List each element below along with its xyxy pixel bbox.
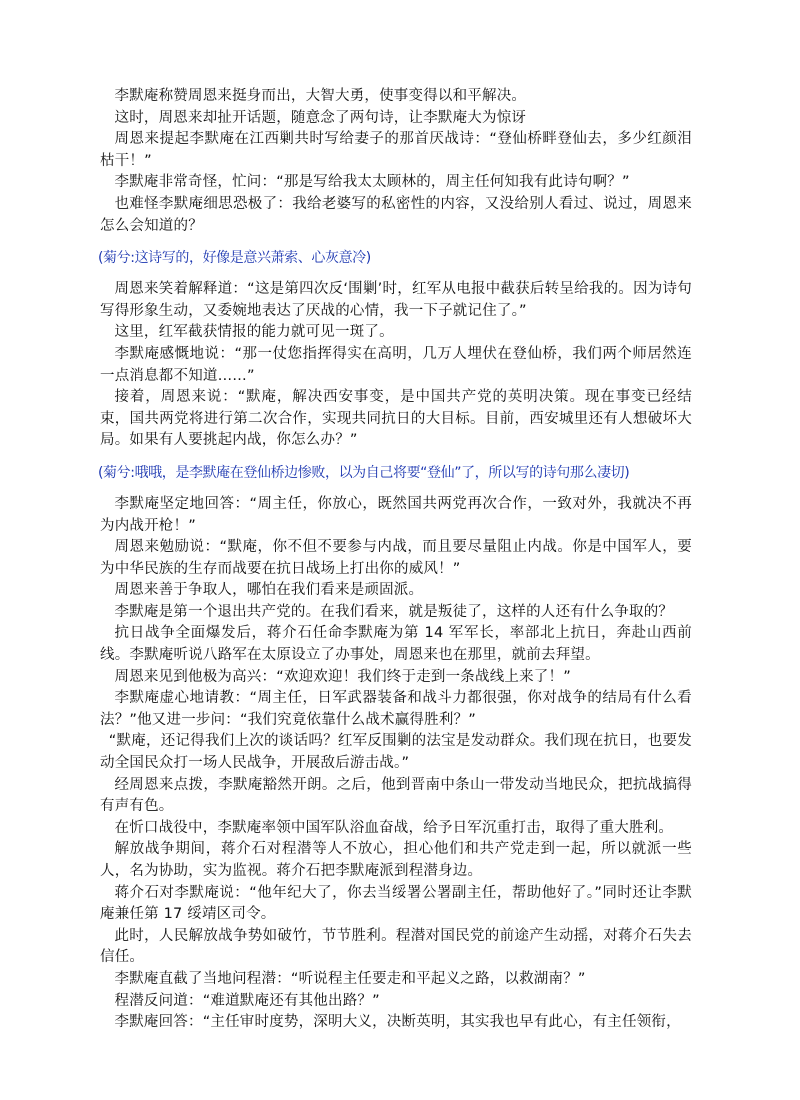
- paragraph: 这时，周恩来却扯开话题，随意念了两句诗，让李默庵大为惊讶: [100, 108, 692, 130]
- paragraph: 周恩来善于争取人，哪怕在我们看来是顽固派。: [100, 580, 692, 602]
- paragraph: 抗日战争全面爆发后，蒋介石任命李默庵为第 14 军军长，率部北上抗日，奔赴山西前…: [100, 623, 692, 666]
- paragraph: 蒋介石对李默庵说：“他年纪大了，你去当绥署公署副主任，帮助他好了。”同时还让李默…: [100, 883, 692, 926]
- paragraph: 也难怪李默庵细思恐极了：我给老婆写的私密性的内容，又没给别人看过、说过，周恩来怎…: [100, 194, 692, 237]
- paragraph: 李默庵坚定地回答：“周主任，你放心，既然国共两党再次合作，一致对外，我就决不再为…: [100, 494, 692, 537]
- paragraph: 李默庵虚心地请教：“周主任，日军武器装备和战斗力都很强，你对战争的结局有什么看法…: [100, 688, 692, 731]
- editor-note: (菊兮:哦哦，是李默庵在登仙桥边惨败，以为自己将要“登仙”了，所以写的诗句那么凄…: [98, 462, 692, 484]
- paragraph: 周恩来见到他极为高兴：“欢迎欢迎！我们终于走到一条战线上来了！”: [100, 667, 692, 689]
- paragraph: 李默庵直截了当地问程潜：“听说程主任要走和平起义之路，以救湖南？”: [100, 969, 692, 991]
- paragraph: 李默庵称赞周恩来挺身而出，大智大勇，使事变得以和平解决。: [100, 86, 692, 108]
- paragraph: 在忻口战役中，李默庵率领中国军队浴血奋战，给予日军沉重打击，取得了重大胜利。: [100, 818, 692, 840]
- paragraph: 解放战争期间，蒋介石对程潜等人不放心，担心他们和共产党走到一起，所以就派一些人，…: [100, 839, 692, 882]
- paragraph: 李默庵非常奇怪，忙问：“那是写给我太太顾林的，周主任何知我有此诗句啊？”: [100, 172, 692, 194]
- paragraph: 李默庵是第一个退出共产党的。在我们看来，就是叛徒了，这样的人还有什么争取的？: [100, 602, 692, 624]
- paragraph: 李默庵回答：“主任审时度势，深明大义，决断英明，其实我也早有此心，有主任领衔，: [100, 1012, 692, 1034]
- paragraph: 此时，人民解放战争势如破竹，节节胜利。程潜对国民党的前途产生动摇，对蒋介石失去信…: [100, 926, 692, 969]
- document-page: 李默庵称赞周恩来挺身而出，大智大勇，使事变得以和平解决。 这时，周恩来却扯开话题…: [100, 86, 692, 1034]
- paragraph: 周恩来提起李默庵在江西剿共时写给妻子的那首厌战诗：“登仙桥畔登仙去，多少红颜泪枯…: [100, 129, 692, 172]
- paragraph: 周恩来勉励说：“默庵，你不但不要参与内战，而且要尽量阻止内战。你是中国军人，要为…: [100, 537, 692, 580]
- paragraph: 周恩来笑着解释道：“这是第四次反‘围剿’时，红军从电报中截获后转呈给我的。因为诗…: [100, 279, 692, 322]
- paragraph: 这里，红军截获情报的能力就可见一斑了。: [100, 322, 692, 344]
- paragraph: 经周恩来点拨，李默庵豁然开朗。之后，他到晋南中条山一带发动当地民众，把抗战搞得有…: [100, 775, 692, 818]
- paragraph: “默庵，还记得我们上次的谈话吗？红军反围剿的法宝是发动群众。我们现在抗日，也要发…: [100, 731, 692, 774]
- paragraph: 接着，周恩来说：“默庵，解决西安事变，是中国共产党的英明决策。现在事变已经结束，…: [100, 387, 692, 452]
- paragraph: 程潜反问道：“难道默庵还有其他出路？”: [100, 991, 692, 1013]
- paragraph: 李默庵感慨地说：“那一仗您指挥得实在高明，几万人埋伏在登仙桥，我们两个师居然连一…: [100, 344, 692, 387]
- editor-note: (菊兮:这诗写的，好像是意兴萧索、心灰意冷): [98, 247, 692, 269]
